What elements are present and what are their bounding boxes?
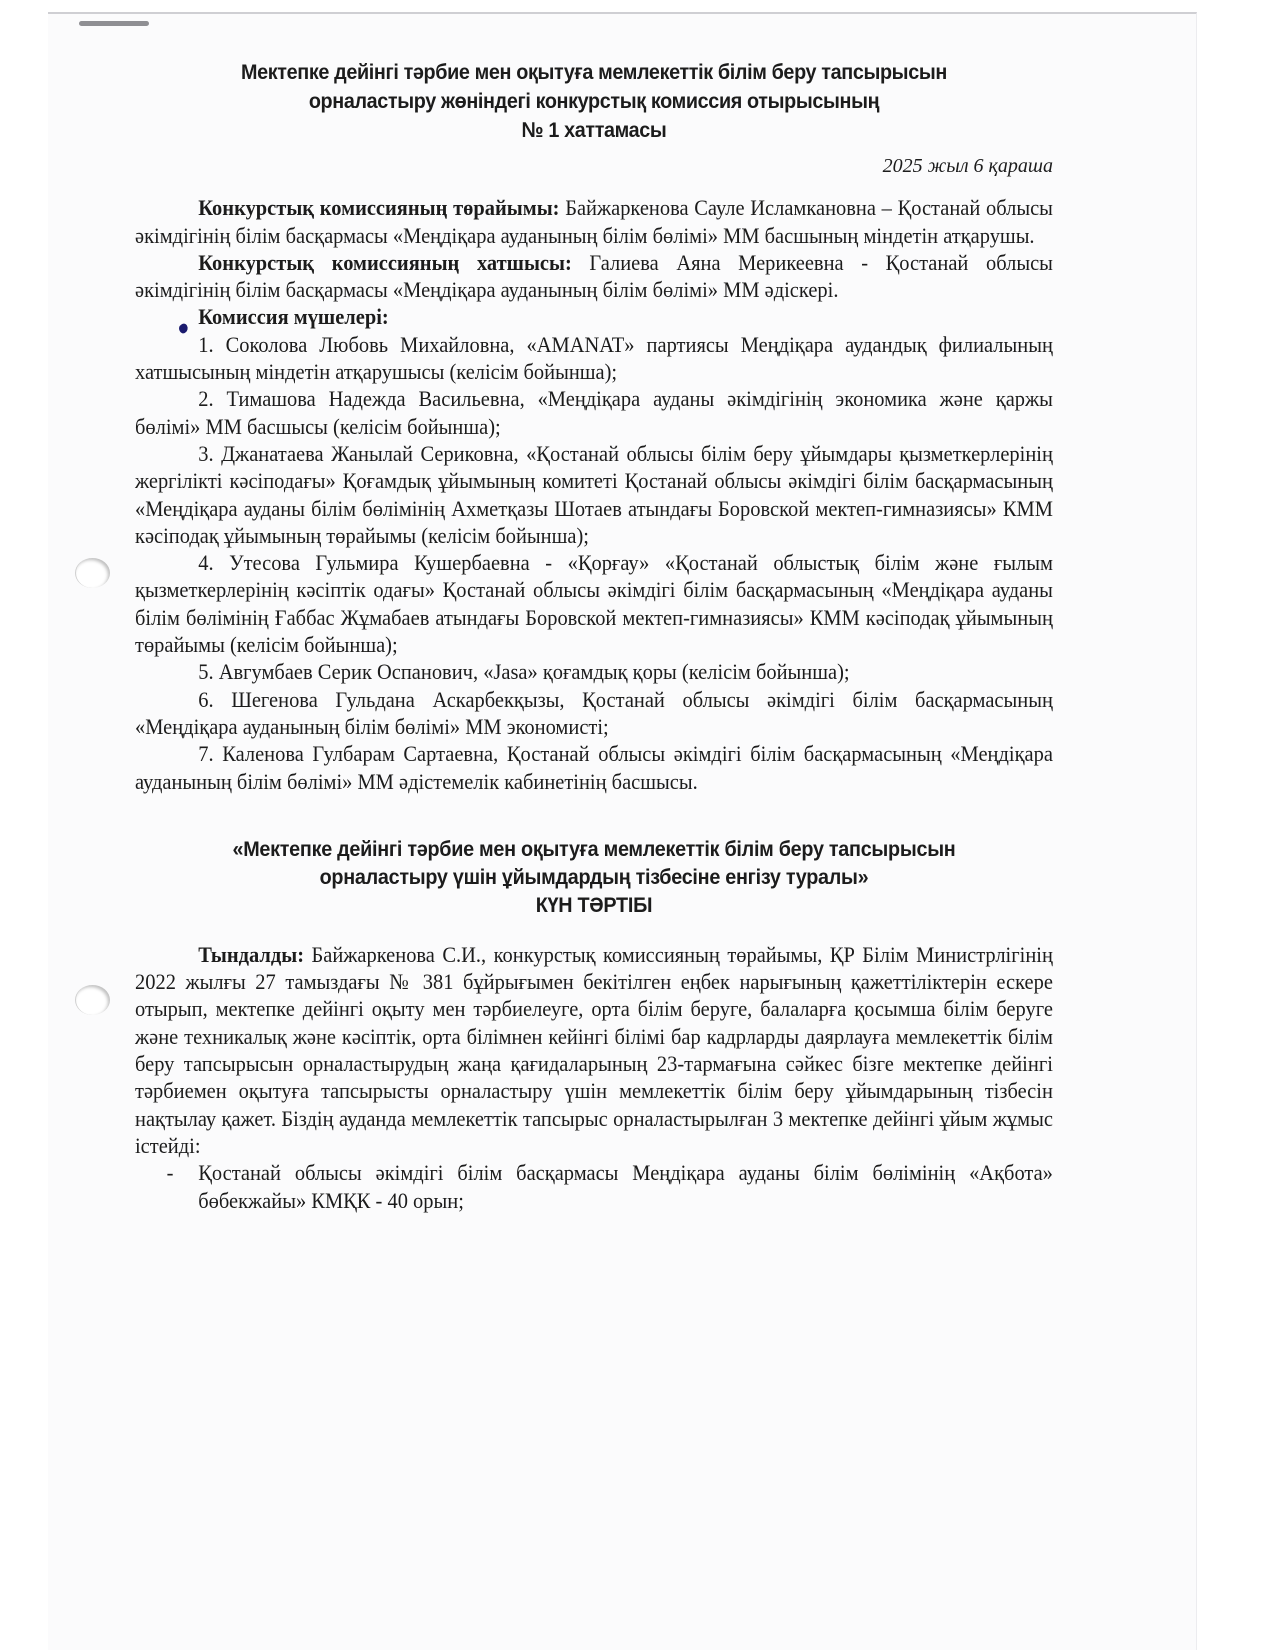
organization-list-item: - Қостанай облысы әкімдігі білім басқарм… [167,1159,1053,1214]
protocol-document: Мектепке дейінгі тәрбие мен оқытуға мемл… [135,58,1053,1214]
punch-hole [75,558,110,588]
document-title: Мектепке дейінгі тәрбие мен оқытуға мемл… [172,58,1017,145]
agenda-title: «Мектепке дейінгі тәрбие мен оқытуға мем… [172,835,1017,919]
agenda-line: «Мектепке дейінгі тәрбие мен оқытуға мем… [172,835,1017,863]
member-item: 4. Утесова Гульмира Кушербаевна - «Қорға… [135,549,1053,658]
heard-text: Байжаркенова С.И., конкурстық комиссияны… [135,942,1053,1158]
chair-label: Конкурстық комиссияның төрайымы: [198,195,559,220]
punch-hole [75,985,110,1015]
secretary-label: Конкурстық комиссияның хатшысы: [198,250,572,275]
member-item: 2. Тимашова Надежда Васильевна, «Меңдіқа… [135,385,1053,440]
secretary-paragraph: Конкурстық комиссияның хатшысы: Галиева … [135,249,1053,304]
bullet-dash: - [167,1159,199,1214]
heard-paragraph: Тындалды: Байжаркенова С.И., конкурстық … [135,941,1053,1159]
staple-mark [79,21,149,26]
agenda-line: КҮН ТӘРТІБІ [172,891,1017,919]
title-line: № 1 хаттамасы [172,116,1017,145]
agenda-line: орналастыру үшін ұйымдардың тізбесіне ен… [172,863,1017,891]
member-item: 5. Авгумбаев Серик Оспанович, «Jasa» қоғ… [135,658,1053,685]
title-line: Мектепке дейінгі тәрбие мен оқытуға мемл… [172,58,1017,87]
heard-label: Тындалды: [198,942,304,967]
members-heading: Комиссия мүшелері: [198,303,1053,330]
organization-text: Қостанай облысы әкімдігі білім басқармас… [198,1159,1053,1214]
document-date: 2025 жыл 6 қараша [135,153,1053,180]
member-item: 7. Каленова Гулбарам Сартаевна, Қостанай… [135,740,1053,795]
title-line: орналастыру жөніндегі конкурстық комисси… [172,87,1017,116]
member-item: 6. Шегенова Гульдана Аскарбекқызы, Қоста… [135,686,1053,741]
chair-paragraph: Конкурстық комиссияның төрайымы: Байжарк… [135,194,1053,249]
member-item: 1. Соколова Любовь Михайловна, «AMANAT» … [135,331,1053,386]
member-item: 3. Джанатаева Жанылай Сериковна, «Қостан… [135,440,1053,549]
